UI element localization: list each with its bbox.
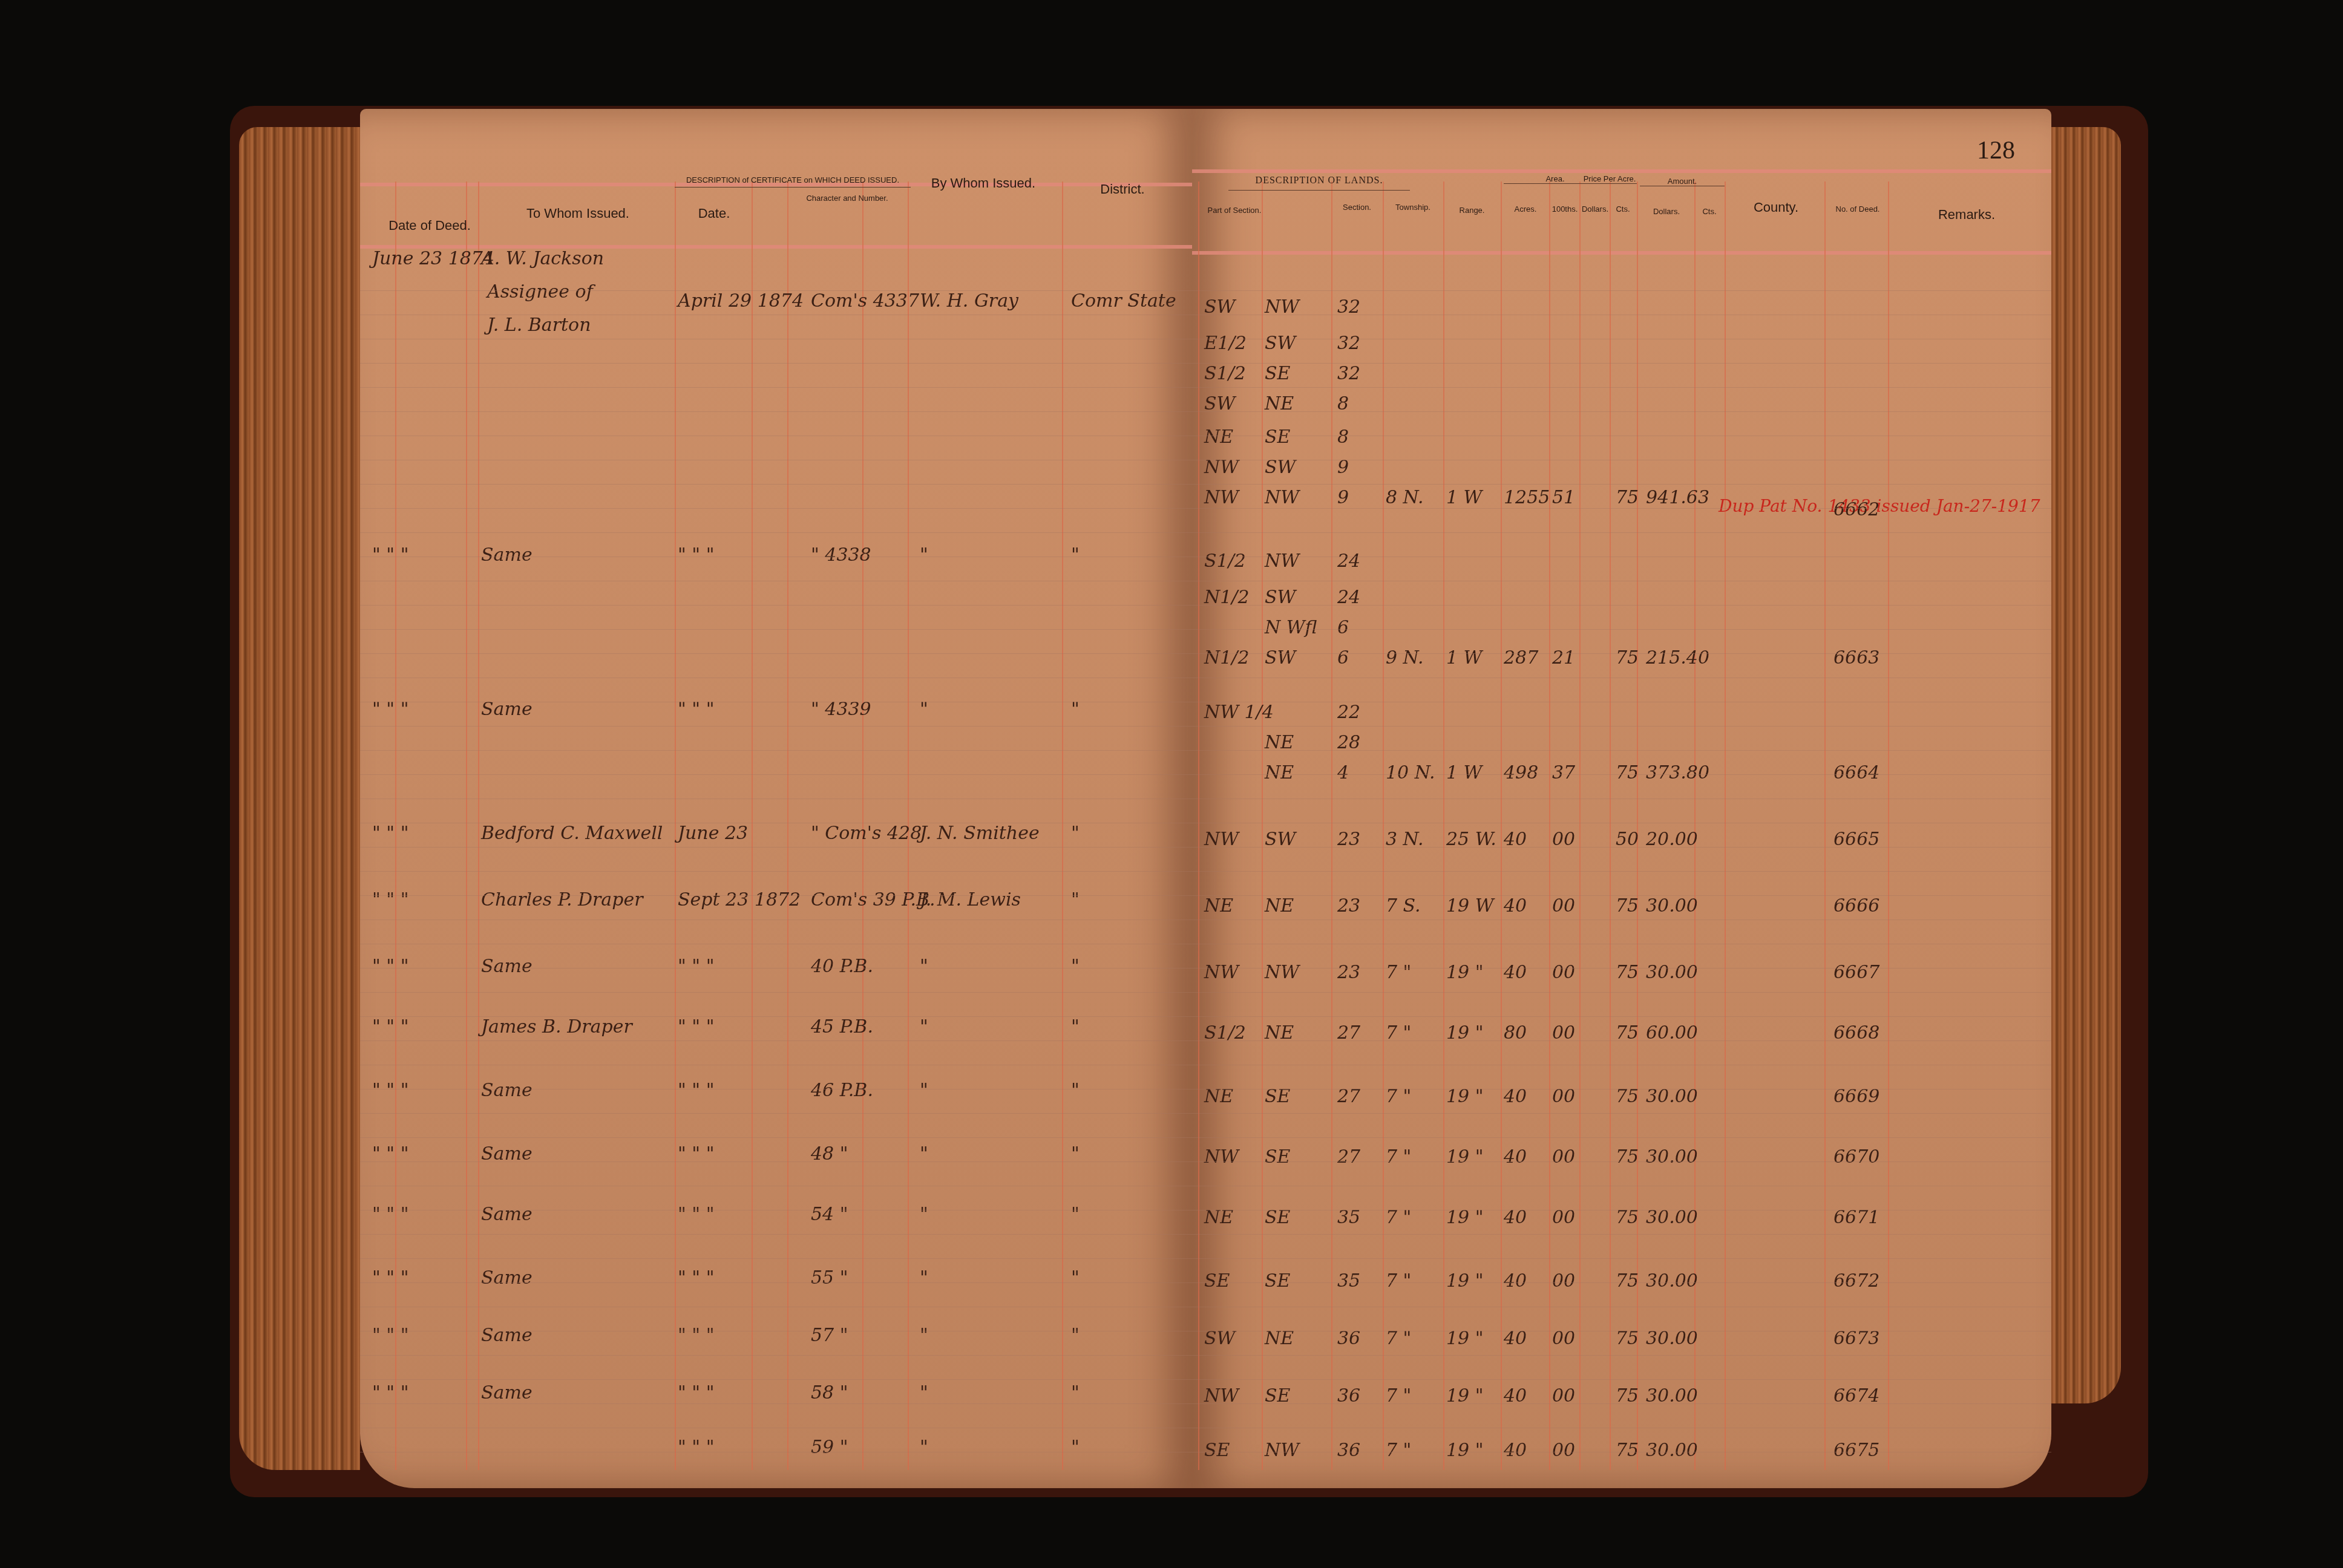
row-rule — [360, 944, 1192, 944]
district-cell: " — [1071, 1437, 1080, 1458]
by-whom-issued-cell: " — [920, 1204, 928, 1225]
to-whom-issued-cell: Same — [481, 1325, 532, 1346]
page-edges-right — [2051, 127, 2121, 1403]
row-rule — [360, 871, 1192, 872]
part-of-section-cell: NE — [1204, 426, 1233, 448]
header-no-of-deed: No. of Deed. — [1827, 204, 1888, 214]
quarter-cell: NE — [1265, 895, 1294, 916]
header-cert-date: Date. — [681, 206, 747, 221]
row-rule — [1192, 653, 2051, 654]
row-rule — [1192, 1331, 2051, 1331]
acres-cell: 498 — [1504, 762, 1538, 783]
row-rule — [360, 1040, 1192, 1041]
cert-date-cell: April 29 1874 — [678, 290, 804, 312]
cert-date-cell: " " " — [678, 1325, 714, 1346]
quarter-cell: SE — [1265, 426, 1290, 448]
date-of-deed-cell: " " " — [372, 544, 408, 566]
row-rule — [360, 1089, 1192, 1089]
row-rule — [1192, 411, 2051, 412]
section-cell: 22 — [1337, 702, 1360, 723]
district-cell: " — [1071, 956, 1080, 977]
character-number-cell: " Com's 428 — [811, 823, 922, 844]
table-row: S1/2NE277 "19 "80007560.006668 — [1192, 1022, 2051, 1071]
table-row: " " "Same" " "" 4338"" — [360, 544, 1192, 593]
section-cell: 9 — [1337, 487, 1349, 508]
row-rule — [360, 1452, 1192, 1452]
row-rule — [360, 823, 1192, 823]
header-district: District. — [1068, 181, 1177, 197]
by-whom-issued-cell: J. N. Smithee — [920, 823, 1040, 844]
row-rule — [360, 1355, 1192, 1356]
district-cell: Comr State — [1071, 290, 1176, 312]
header-price-dollars: Dollars. — [1581, 204, 1609, 214]
row-rule — [1192, 1113, 2051, 1114]
quarter-cell: SE — [1265, 1146, 1290, 1168]
table-row: " " "Same" " "57 """ — [360, 1325, 1192, 1373]
row-rule — [360, 339, 1192, 339]
by-whom-issued-cell: " — [920, 1437, 928, 1458]
deed-number-cell: 6675 — [1833, 1440, 1879, 1461]
to-whom-issued-cell: Same — [481, 1382, 532, 1403]
price-per-acre-cell: 75 — [1616, 1146, 1639, 1168]
deed-number-cell: 6662 — [1833, 499, 1879, 520]
section-cell: 8 — [1337, 426, 1349, 448]
deed-number-cell: 6670 — [1833, 1146, 1879, 1168]
section-cell: 23 — [1337, 962, 1360, 983]
price-per-acre-cell: 75 — [1616, 487, 1639, 508]
row-rule — [360, 1065, 1192, 1065]
row-rule — [1192, 1137, 2051, 1138]
cert-date-cell: " " " — [678, 1080, 714, 1101]
quarter-cell: SE — [1265, 1270, 1290, 1292]
right-page: 128 DESCRIPTION OF LANDS. Part of Sectio… — [1192, 109, 2051, 1488]
row-rule — [1192, 339, 2051, 339]
header-remarks: Remarks. — [1894, 207, 2039, 223]
quarter-cell: SE — [1265, 363, 1290, 384]
district-cell: " — [1071, 1080, 1080, 1101]
price-per-acre-cell: 75 — [1616, 762, 1639, 783]
deed-number-cell: 6664 — [1833, 762, 1879, 783]
table-row: " " "Same" " "48 """ — [360, 1143, 1192, 1192]
row-rule — [360, 411, 1192, 412]
quarter-cell: SW — [1265, 647, 1296, 668]
part-of-section-cell: SE — [1204, 1270, 1230, 1292]
header-price-cts: Cts. — [1611, 204, 1635, 214]
row-rule — [360, 484, 1192, 485]
row-rule — [360, 363, 1192, 364]
township-cell: 7 S. — [1386, 895, 1421, 916]
range-cell: 1 W — [1446, 487, 1482, 508]
table-row: " " "Same" " "46 P.B."" — [360, 1080, 1192, 1128]
header-hundredths: 100ths. — [1550, 204, 1579, 214]
row-rule — [360, 847, 1192, 848]
row-rule — [1192, 581, 2051, 581]
header-part-of-section: Part of Section. — [1204, 206, 1265, 215]
row-rule — [360, 1307, 1192, 1307]
row-rule — [360, 1234, 1192, 1235]
row-rule — [1192, 1355, 2051, 1356]
left-page: Date of Deed. To Whom Issued. DESCRIPTIO… — [360, 109, 1192, 1488]
row-rule — [1192, 1234, 2051, 1235]
quarter-cell: NW — [1265, 962, 1299, 983]
row-rule — [360, 968, 1192, 969]
row-rule — [360, 895, 1192, 896]
section-cell: 36 — [1337, 1440, 1360, 1461]
range-cell: 19 " — [1446, 1440, 1484, 1461]
row-rule — [1192, 1210, 2051, 1210]
row-rule — [360, 1379, 1192, 1380]
row-rule — [1192, 944, 2051, 944]
table-row: June 23 1874A. W. JacksonApril 29 1874Co… — [360, 248, 1192, 296]
header-top-band — [1192, 169, 2051, 173]
township-cell: 7 " — [1386, 1146, 1411, 1168]
table-row: SESE357 "19 "40007530.006672 — [1192, 1270, 2051, 1319]
amount-cell: 30.00 — [1646, 895, 1698, 916]
row-rule — [1192, 460, 2051, 460]
part-of-section-cell: SE — [1204, 1440, 1230, 1461]
cert-date-cell: " " " — [678, 1016, 714, 1037]
row-rule — [1192, 1065, 2051, 1065]
row-rule — [1192, 532, 2051, 533]
row-rule — [1192, 968, 2051, 969]
row-rule — [360, 532, 1192, 533]
date-of-deed-cell: June 23 1874 — [372, 248, 494, 269]
row-rule — [360, 726, 1192, 727]
table-row: " " "Same" " "58 """ — [360, 1382, 1192, 1431]
township-cell: 10 N. — [1386, 762, 1435, 783]
date-of-deed-cell: " " " — [372, 1267, 408, 1289]
row-rule — [360, 1282, 1192, 1283]
acres-cell: 40 — [1504, 962, 1527, 983]
quarter-cell: NW — [1265, 550, 1299, 572]
cert-date-cell: " " " — [678, 1204, 714, 1225]
header-section: Section. — [1334, 203, 1380, 212]
row-rule — [1192, 702, 2051, 702]
row-rule — [360, 678, 1192, 678]
header-range: Range. — [1446, 206, 1498, 215]
deed-number-cell: 6667 — [1833, 962, 1879, 983]
row-rule — [360, 581, 1192, 581]
quarter-cell: NW — [1265, 1440, 1299, 1461]
section-cell: 35 — [1337, 1270, 1360, 1292]
row-rule — [360, 1428, 1192, 1428]
row-rule — [1192, 1016, 2051, 1017]
range-cell: 19 " — [1446, 1146, 1484, 1168]
date-of-deed-cell: " " " — [372, 1204, 408, 1225]
acres-cell: 287 — [1504, 647, 1538, 668]
by-whom-issued-cell: J. M. Lewis — [920, 889, 1021, 910]
row-rule — [1192, 387, 2051, 388]
header-county: County. — [1731, 200, 1821, 215]
by-whom-issued-cell: " — [920, 1325, 928, 1346]
character-number-cell: 55 " — [811, 1267, 848, 1289]
date-of-deed-cell: " " " — [372, 1382, 408, 1403]
table-row: " " "Same" " "" 4339"" — [360, 699, 1192, 747]
header-bottom-band — [1192, 251, 2051, 255]
section-cell: 27 — [1337, 1146, 1360, 1168]
row-rule — [360, 460, 1192, 460]
hundredths-cell: 00 — [1552, 895, 1575, 916]
amount-cell: 373.80 — [1646, 762, 1709, 783]
to-whom-issued-cell: Same — [481, 956, 532, 977]
row-rule — [360, 436, 1192, 436]
header-amount-group: Amount. — [1640, 177, 1725, 186]
date-of-deed-cell: " " " — [372, 823, 408, 844]
amount-cell: 941.63 — [1646, 487, 1709, 508]
row-rule — [360, 629, 1192, 630]
section-cell: 23 — [1337, 895, 1360, 916]
to-whom-issued-cell: Charles P. Draper — [481, 889, 643, 910]
section-cell: 32 — [1337, 333, 1360, 354]
row-rule — [1192, 895, 2051, 896]
amount-cell: 30.00 — [1646, 962, 1698, 983]
range-cell: 19 W — [1446, 895, 1494, 916]
table-row: " " "Charles P. DraperSept 23 1872Com's … — [360, 889, 1192, 938]
row-rule — [1192, 750, 2051, 751]
row-rule — [1192, 484, 2051, 485]
row-rule — [1192, 1428, 2051, 1428]
row-rule — [360, 290, 1192, 291]
row-rule — [1192, 992, 2051, 993]
table-row: NESE277 "19 "40007530.006669 — [1192, 1086, 2051, 1134]
row-rule — [1192, 847, 2051, 848]
row-rule — [1192, 823, 2051, 823]
row-rule — [360, 653, 1192, 654]
by-whom-issued-cell: W. H. Gray — [920, 290, 1018, 312]
row-rule — [1192, 1282, 2051, 1283]
table-row: NWSE277 "19 "40007530.006670 — [1192, 1146, 2051, 1195]
character-number-cell: 58 " — [811, 1382, 848, 1403]
row-rule — [1192, 726, 2051, 727]
district-cell: " — [1071, 1325, 1080, 1346]
part-of-section-cell: NW — [1204, 487, 1239, 508]
row-rule — [1192, 605, 2051, 606]
row-rule — [360, 1137, 1192, 1138]
row-rule — [360, 1113, 1192, 1114]
amount-cell: 30.00 — [1646, 1146, 1698, 1168]
section-cell: 6 — [1337, 617, 1349, 638]
row-rule — [1192, 1379, 2051, 1380]
row-rule — [1192, 290, 2051, 291]
character-number-cell: 40 P.B. — [811, 956, 873, 977]
range-cell: 1 W — [1446, 762, 1482, 783]
row-rule — [360, 1331, 1192, 1331]
row-rule — [360, 1210, 1192, 1210]
row-rule — [360, 799, 1192, 799]
amount-cell: 30.00 — [1646, 1270, 1698, 1292]
date-of-deed-cell: " " " — [372, 1016, 408, 1037]
acres-cell: 40 — [1504, 1440, 1527, 1461]
table-row: NE410 N.1 W4983775373.806664 — [1192, 762, 2051, 811]
hundredths-cell: 00 — [1552, 1270, 1575, 1292]
row-rule — [360, 1161, 1192, 1162]
table-row: NWNW98 N.1 W12555175941.636662 — [1192, 487, 2051, 535]
table-row: " " "Same" " "54 """ — [360, 1204, 1192, 1252]
row-rule — [1192, 315, 2051, 315]
part-of-section-cell: NW — [1204, 1146, 1239, 1168]
row-rule — [1192, 508, 2051, 509]
row-rule — [360, 1186, 1192, 1186]
row-rule — [360, 920, 1192, 920]
district-cell: " — [1071, 544, 1080, 566]
by-whom-issued-cell: " — [920, 1267, 928, 1289]
table-row: " " "Same" " "55 """ — [360, 1267, 1192, 1316]
cert-date-cell: " " " — [678, 956, 714, 977]
acres-cell: 40 — [1504, 1270, 1527, 1292]
table-row: NWSW233 N.25 W.40005020.006665 — [1192, 829, 2051, 877]
hundredths-cell: 37 — [1552, 762, 1575, 783]
header-lands-group: DESCRIPTION OF LANDS. — [1228, 175, 1410, 191]
row-rule — [360, 1016, 1192, 1017]
township-cell: 7 " — [1386, 1440, 1411, 1461]
part-of-section-cell: S1/2 — [1204, 550, 1246, 572]
cert-date-cell: " " " — [678, 1267, 714, 1289]
amount-cell: 215.40 — [1646, 647, 1709, 668]
row-rule — [360, 1258, 1192, 1259]
row-rule — [1192, 774, 2051, 775]
deed-number-cell: 6672 — [1833, 1270, 1879, 1292]
header-amount-cts: Cts. — [1696, 207, 1723, 216]
date-of-deed-cell: " " " — [372, 889, 408, 910]
character-number-cell: 45 P.B. — [811, 1016, 873, 1037]
cert-date-cell: " " " — [678, 1382, 714, 1403]
by-whom-issued-cell: " — [920, 956, 928, 977]
table-row: SENW367 "19 "40007530.006675 — [1192, 1440, 2051, 1488]
row-rule — [360, 557, 1192, 557]
to-whom-issued-cell: Assignee of — [487, 281, 593, 302]
range-cell: 1 W — [1446, 647, 1482, 668]
by-whom-issued-cell: " — [920, 1080, 928, 1101]
part-of-section-cell: NW — [1204, 962, 1239, 983]
township-cell: 7 " — [1386, 962, 1411, 983]
district-cell: " — [1071, 1204, 1080, 1225]
acres-cell: 40 — [1504, 895, 1527, 916]
row-rule — [360, 387, 1192, 388]
part-of-section-cell: NW 1/4 — [1204, 702, 1274, 723]
header-character-and-number: Character and Number. — [790, 194, 905, 203]
row-rule — [1192, 920, 2051, 920]
hundredths-cell: 51 — [1552, 487, 1575, 508]
row-rule — [1192, 1089, 2051, 1089]
price-per-acre-cell: 75 — [1616, 1440, 1639, 1461]
row-rule — [1192, 678, 2051, 678]
header-certificate-group: DESCRIPTION of CERTIFICATE on WHICH DEED… — [675, 175, 911, 188]
character-number-cell: Com's 4337 — [811, 290, 919, 312]
header-to-whom-issued: To Whom Issued. — [493, 206, 663, 221]
part-of-section-cell: N1/2 — [1204, 647, 1250, 668]
cert-date-cell: " " " — [678, 544, 714, 566]
table-row: SWNE367 "19 "40007530.006673 — [1192, 1328, 2051, 1376]
to-whom-issued-cell: James B. Draper — [481, 1016, 632, 1037]
row-rule — [1192, 557, 2051, 557]
table-row: NWNW237 "19 "40007530.006667 — [1192, 962, 2051, 1010]
row-rule — [360, 992, 1192, 993]
row-rule — [1192, 871, 2051, 872]
header-price-group: Price Per Acre. — [1582, 174, 1637, 184]
row-rule — [360, 315, 1192, 315]
row-rule — [360, 1403, 1192, 1404]
section-cell: 4 — [1337, 762, 1349, 783]
row-rule — [1192, 1403, 2051, 1404]
date-of-deed-cell: " " " — [372, 1325, 408, 1346]
price-per-acre-cell: 75 — [1616, 962, 1639, 983]
cert-date-cell: " " " — [678, 1437, 714, 1458]
row-rule — [360, 605, 1192, 606]
row-rule — [1192, 799, 2051, 799]
township-cell: 9 N. — [1386, 647, 1424, 668]
row-rule — [1192, 1307, 2051, 1307]
to-whom-issued-cell: Same — [481, 1080, 532, 1101]
quarter-cell: NE — [1265, 762, 1294, 783]
row-rule — [1192, 363, 2051, 364]
character-number-cell: Com's 39 P.B. — [811, 889, 936, 910]
deed-number-cell: 6666 — [1833, 895, 1879, 916]
amount-cell: 30.00 — [1646, 1440, 1698, 1461]
cert-date-cell: June 23 — [678, 823, 748, 844]
row-rule — [1192, 1258, 2051, 1259]
district-cell: " — [1071, 823, 1080, 844]
range-cell: 19 " — [1446, 962, 1484, 983]
price-per-acre-cell: 75 — [1616, 1270, 1639, 1292]
district-cell: " — [1071, 1016, 1080, 1037]
row-rule — [1192, 436, 2051, 436]
row-rule — [1192, 1040, 2051, 1041]
district-cell: " — [1071, 1382, 1080, 1403]
quarter-cell: SW — [1265, 333, 1296, 354]
section-cell: 32 — [1337, 363, 1360, 384]
township-cell: 7 " — [1386, 1270, 1411, 1292]
deed-number-cell: 6663 — [1833, 647, 1879, 668]
part-of-section-cell: E1/2 — [1204, 333, 1247, 354]
hundredths-cell: 21 — [1552, 647, 1575, 668]
district-cell: " — [1071, 1267, 1080, 1289]
by-whom-issued-cell: " — [920, 544, 928, 566]
page-number: 128 — [1977, 136, 2015, 165]
header-acres: Acres. — [1504, 204, 1547, 214]
page-edges-left — [239, 127, 360, 1470]
character-number-cell: 57 " — [811, 1325, 848, 1346]
row-rule — [1192, 1186, 2051, 1186]
date-of-deed-cell: " " " — [372, 1080, 408, 1101]
row-rule — [360, 750, 1192, 751]
row-rule — [360, 702, 1192, 702]
header-date-of-deed: Date of Deed. — [384, 218, 475, 234]
price-per-acre-cell: 75 — [1616, 647, 1639, 668]
district-cell: " — [1071, 889, 1080, 910]
price-per-acre-cell: 75 — [1616, 895, 1639, 916]
cert-date-cell: Sept 23 1872 — [678, 889, 801, 910]
to-whom-issued-cell: Bedford C. Maxwell — [481, 823, 663, 844]
section-cell: 6 — [1337, 647, 1349, 668]
by-whom-issued-cell: " — [920, 1382, 928, 1403]
row-rule — [1192, 1161, 2051, 1162]
to-whom-issued-cell: Same — [481, 1204, 532, 1225]
table-row: NESE357 "19 "40007530.006671 — [1192, 1207, 2051, 1255]
character-number-cell: 59 " — [811, 1437, 848, 1458]
table-row: " " "Same" " "40 P.B."" — [360, 956, 1192, 1004]
table-row: N1/2SW69 N.1 W2872175215.406663 — [1192, 647, 2051, 696]
character-number-cell: 54 " — [811, 1204, 848, 1225]
part-of-section-cell: NE — [1204, 895, 1233, 916]
table-row: " " "59 """ — [360, 1437, 1192, 1485]
hundredths-cell: 00 — [1552, 1146, 1575, 1168]
date-of-deed-cell: " " " — [372, 956, 408, 977]
range-cell: 19 " — [1446, 1270, 1484, 1292]
part-of-section-cell: S1/2 — [1204, 363, 1246, 384]
to-whom-issued-cell: A. W. Jackson — [481, 248, 604, 269]
hundredths-cell: 00 — [1552, 962, 1575, 983]
section-cell: 24 — [1337, 550, 1360, 572]
